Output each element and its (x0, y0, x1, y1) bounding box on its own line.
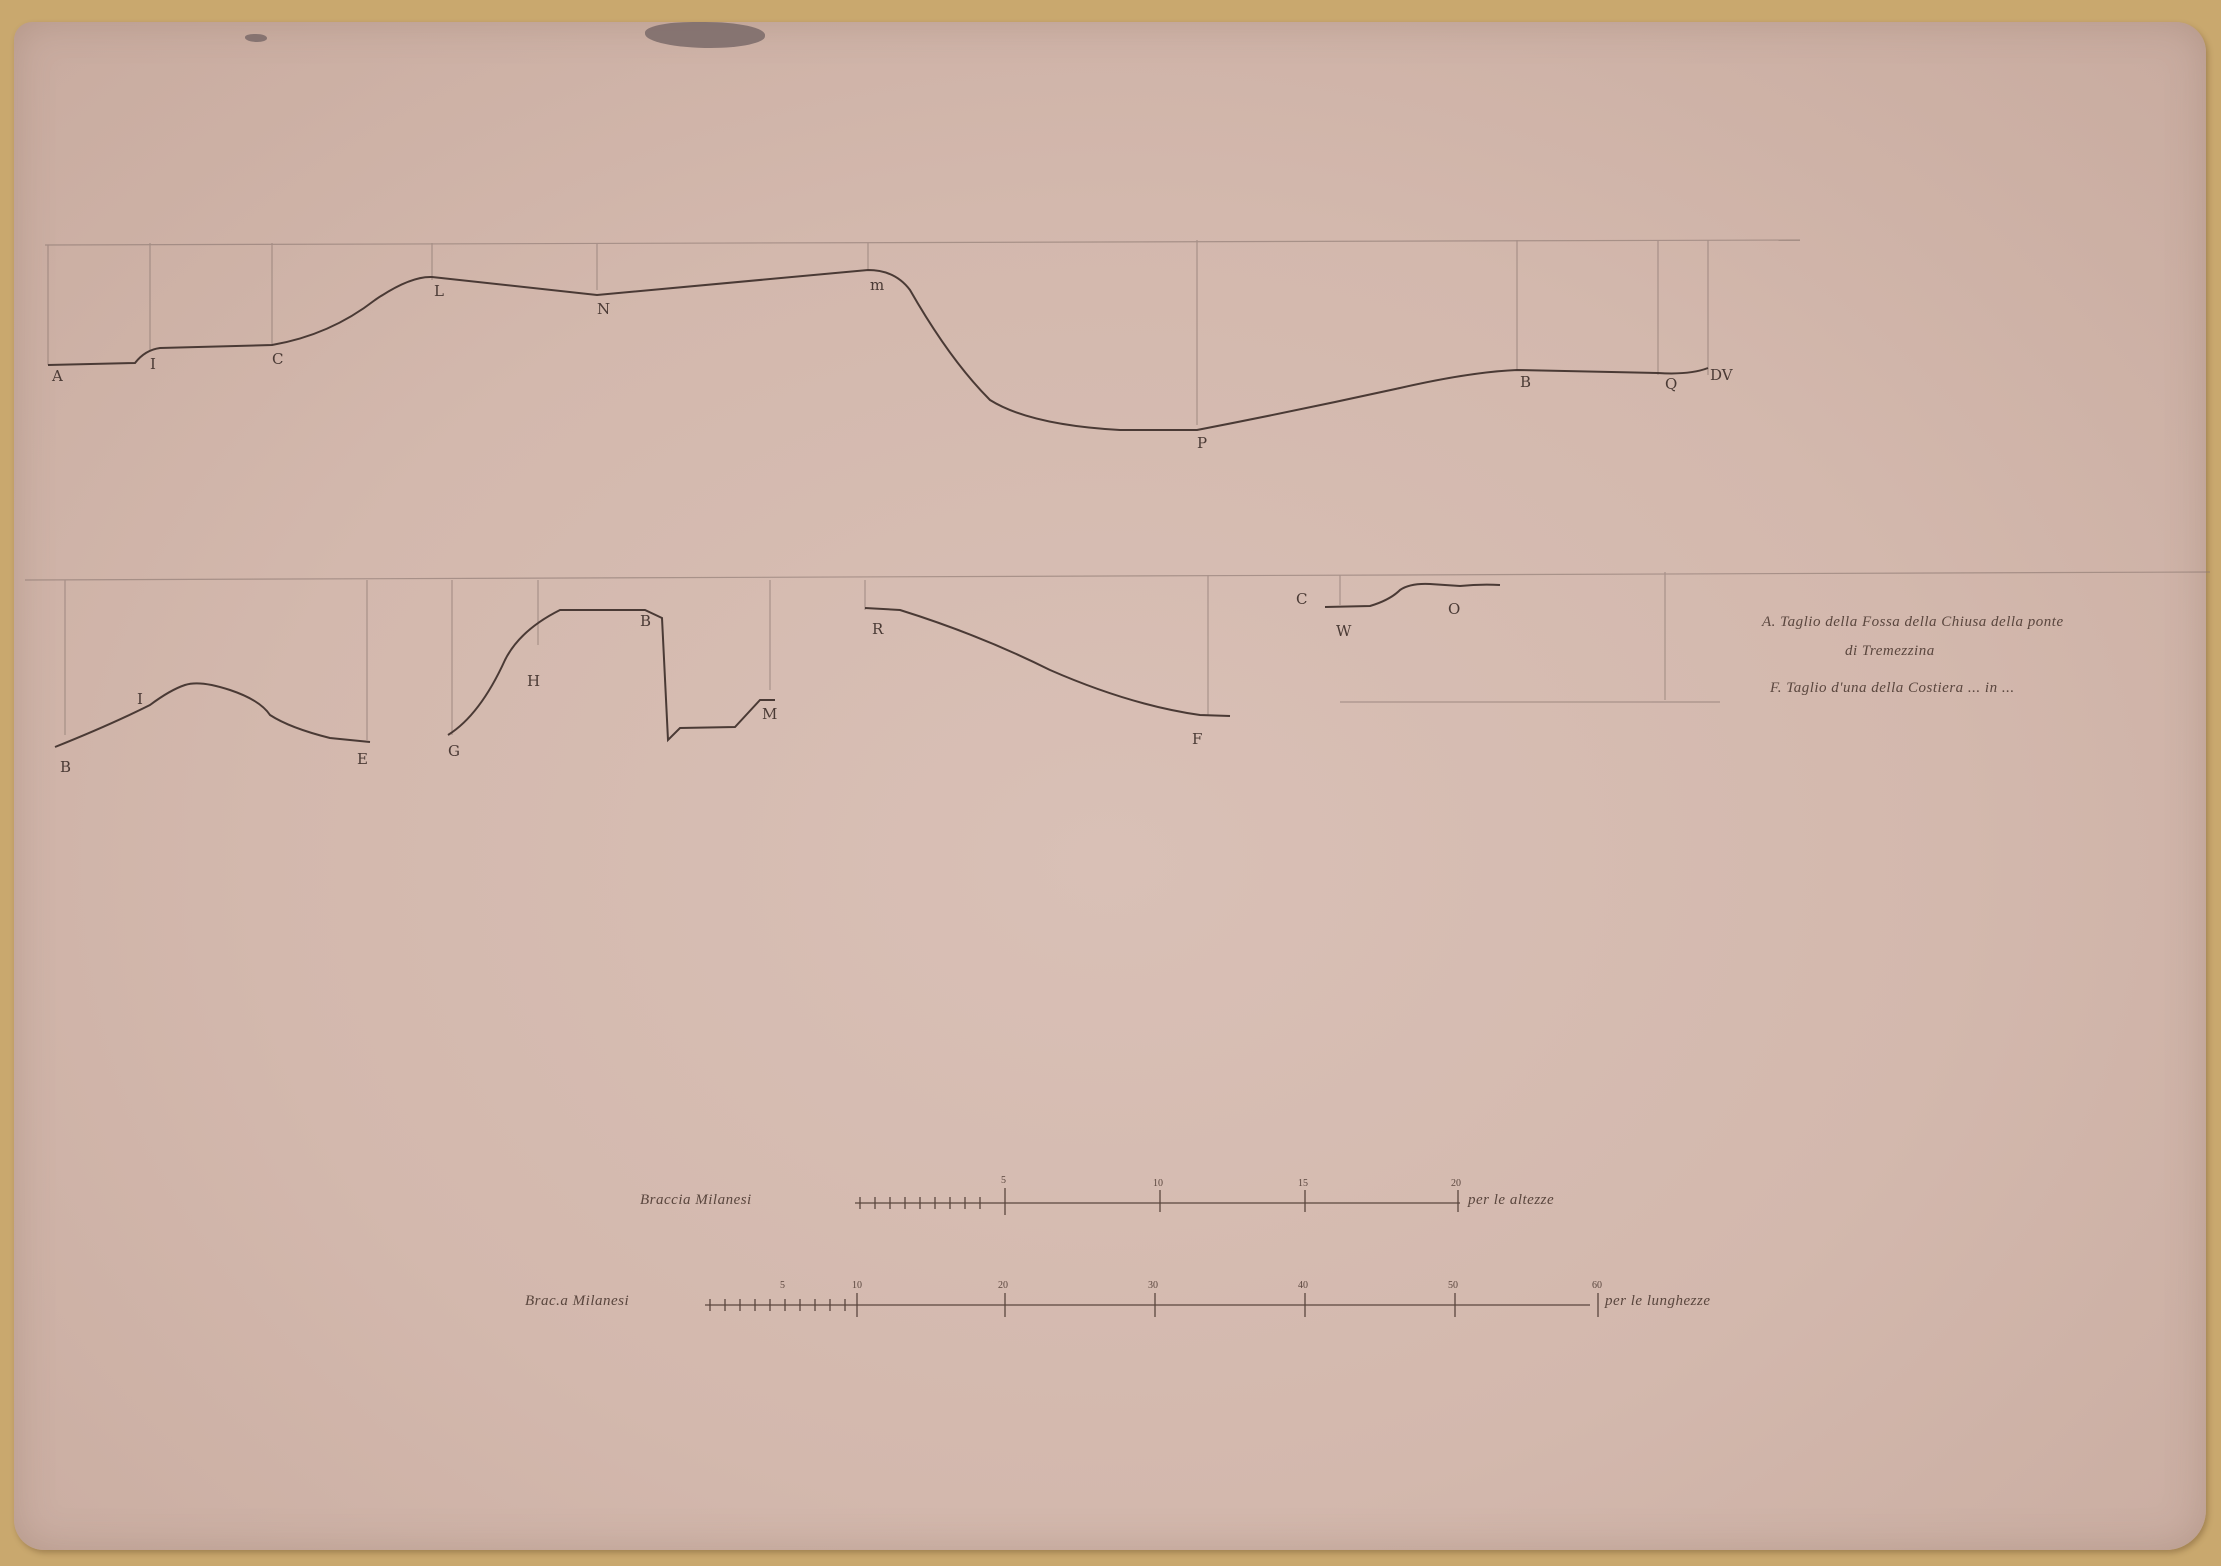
legend-line-1: A. Taglio della Fossa della Chiusa della… (1762, 614, 2064, 631)
height-tick: 5 (1001, 1175, 1006, 1186)
legend-line-1b: di Tremezzina (1845, 643, 1935, 660)
label-dv: DV (1710, 366, 1733, 384)
profile-w-o (1325, 584, 1500, 607)
height-tick: 20 (1451, 1178, 1461, 1189)
label-q: Q (1665, 375, 1677, 393)
length-tick: 30 (1148, 1280, 1158, 1291)
top-profile-line (48, 270, 1708, 430)
profile-drawing (0, 0, 2221, 1566)
length-tick: 5 (780, 1280, 785, 1291)
label-c2: C (1296, 590, 1307, 608)
label-r: R (872, 620, 883, 638)
profile-b-e (55, 683, 370, 747)
label-w: W (1336, 622, 1351, 640)
length-tick: 20 (998, 1280, 1008, 1291)
label-m: m (870, 276, 884, 294)
label-l: L (434, 282, 444, 300)
length-scale-caption-right: per le lunghezze (1605, 1293, 1710, 1310)
profile-g-m (448, 610, 775, 740)
height-tick: 10 (1153, 1178, 1163, 1189)
label-b2: B (640, 612, 651, 630)
label-a: A (52, 367, 63, 385)
label-i: I (150, 355, 156, 373)
label-h: H (527, 672, 540, 690)
label-i2: I (137, 690, 143, 708)
label-e: E (357, 750, 368, 768)
length-tick: 50 (1448, 1280, 1458, 1291)
length-tick: 60 (1592, 1280, 1602, 1291)
height-tick: 15 (1298, 1178, 1308, 1189)
height-scale-caption-right: per le altezze (1468, 1192, 1554, 1209)
label-c: C (272, 350, 283, 368)
length-scale-caption-left: Brac.a Milanesi (525, 1293, 629, 1310)
label-g: G (448, 742, 460, 760)
legend-line-2: F. Taglio d'una della Costiera ... in ..… (1770, 680, 2015, 697)
height-scale-caption-left: Braccia Milanesi (640, 1192, 752, 1209)
label-f: F (1192, 730, 1202, 748)
label-p: P (1197, 434, 1207, 452)
label-b: B (60, 758, 71, 776)
label-n: N (597, 300, 610, 318)
profile-r-f (865, 608, 1230, 716)
label-o: O (1448, 600, 1460, 618)
length-tick: 40 (1298, 1280, 1308, 1291)
label-m2: M (762, 705, 777, 723)
label-b-top: B (1520, 373, 1531, 391)
length-tick: 10 (852, 1280, 862, 1291)
